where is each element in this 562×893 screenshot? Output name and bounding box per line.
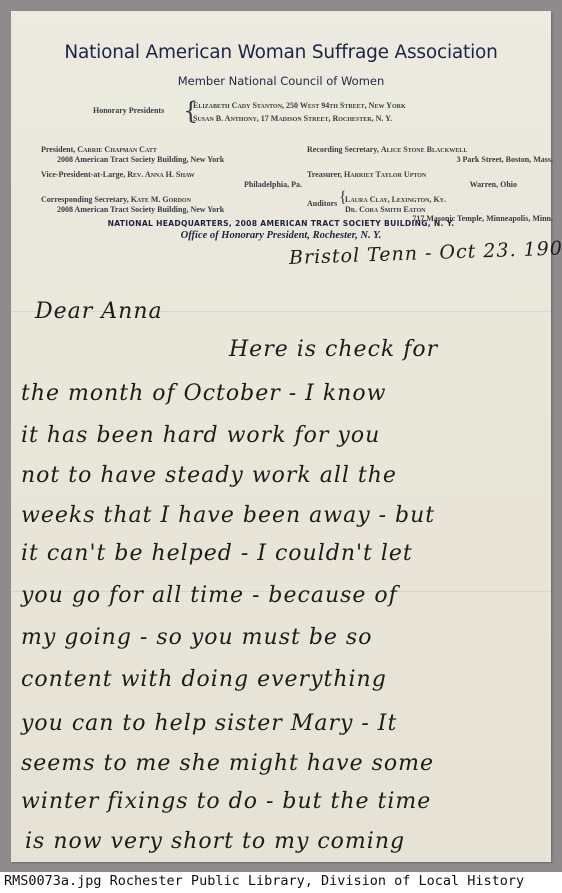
officer-entry: President, Carrie Chapman Catt 2008 Amer… [41, 145, 306, 164]
officer-address: Philadelphia, Pa. [41, 180, 306, 190]
officer-address: Warren, Ohio [307, 180, 557, 190]
headquarters-line: NATIONAL HEADQUARTERS, 2008 AMERICAN TRA… [11, 219, 551, 228]
honorary-president: Elizabeth Cady Stanton, 250 West 94th St… [193, 99, 406, 112]
officer-role: Treasurer, [307, 170, 344, 179]
officer-address: 2008 American Tract Society Building, Ne… [41, 155, 306, 165]
handwritten-line: my going - so you must be so [21, 625, 372, 650]
letterhead-subtitle: Member National Council of Women [11, 74, 551, 88]
handwritten-line: Here is check for [229, 337, 438, 362]
officers-right-column: Recording Secretary, Alice Stone Blackwe… [307, 145, 557, 230]
handwritten-line: winter fixings to do - but the time [21, 789, 431, 814]
handwritten-salutation: Dear Anna [35, 299, 163, 324]
handwritten-line: you can to help sister Mary - It [21, 711, 397, 736]
officer-entry: Vice-President-at-Large, Rev. Anna H. Sh… [41, 170, 306, 189]
handwritten-line: you go for all time - because of [21, 583, 398, 608]
officer-name: Alice Stone Blackwell [381, 145, 467, 154]
officer-name: Harriet Taylor Upton [344, 170, 426, 179]
brace-glyph: { [339, 193, 347, 203]
office-line: Office of Honorary President, Rochester,… [11, 230, 551, 241]
letter-page: National American Woman Suffrage Associa… [11, 11, 551, 862]
officer-entry: Recording Secretary, Alice Stone Blackwe… [307, 145, 557, 164]
handwritten-dateline: Bristol Tenn - Oct 23. 1901 [289, 237, 562, 269]
handwritten-line: seems to me she might have some [21, 751, 434, 776]
handwritten-line: it can't be helped - I couldn't let [21, 541, 413, 566]
handwritten-line: weeks that I have been away - but [21, 503, 435, 528]
officers-left-column: President, Carrie Chapman Catt 2008 Amer… [41, 145, 306, 220]
handwritten-line: is now very short to my coming [25, 829, 405, 854]
image-caption: RMS0073a.jpg Rochester Public Library, D… [4, 873, 524, 889]
officer-role: Recording Secretary, [307, 145, 381, 154]
handwritten-line: not to have steady work all the [21, 463, 397, 488]
letterhead-title: National American Woman Suffrage Associa… [11, 42, 551, 63]
auditor-name: Laura Clay, Lexington, Ky. [345, 195, 557, 205]
officer-name: Kate M. Gordon [131, 195, 191, 204]
honorary-presidents-list: Elizabeth Cady Stanton, 250 West 94th St… [193, 99, 406, 125]
handwritten-line: content with doing everything [21, 667, 387, 692]
officer-address: 2008 American Tract Society Building, Ne… [41, 205, 306, 215]
officer-role: President, [41, 145, 77, 154]
officer-entry: Treasurer, Harriet Taylor Upton Warren, … [307, 170, 557, 189]
honorary-president: Susan B. Anthony, 17 Madison Street, Roc… [193, 112, 406, 125]
officer-name: Carrie Chapman Catt [77, 145, 157, 154]
officer-address: 3 Park Street, Boston, Mass. [307, 155, 557, 165]
auditor-name: Dr. Cora Smith Eaton [345, 205, 557, 215]
handwritten-line: it has been hard work for you [21, 423, 380, 448]
officer-role: Corresponding Secretary, [41, 195, 131, 204]
officer-entry: Corresponding Secretary, Kate M. Gordon … [41, 195, 306, 214]
officer-name: Rev. Anna H. Shaw [127, 170, 194, 179]
officer-role: Vice-President-at-Large, [41, 170, 127, 179]
honorary-presidents-label: Honorary Presidents [93, 106, 164, 115]
handwritten-line: the month of October - I know [21, 381, 386, 406]
auditors-label: Auditors [307, 199, 337, 209]
